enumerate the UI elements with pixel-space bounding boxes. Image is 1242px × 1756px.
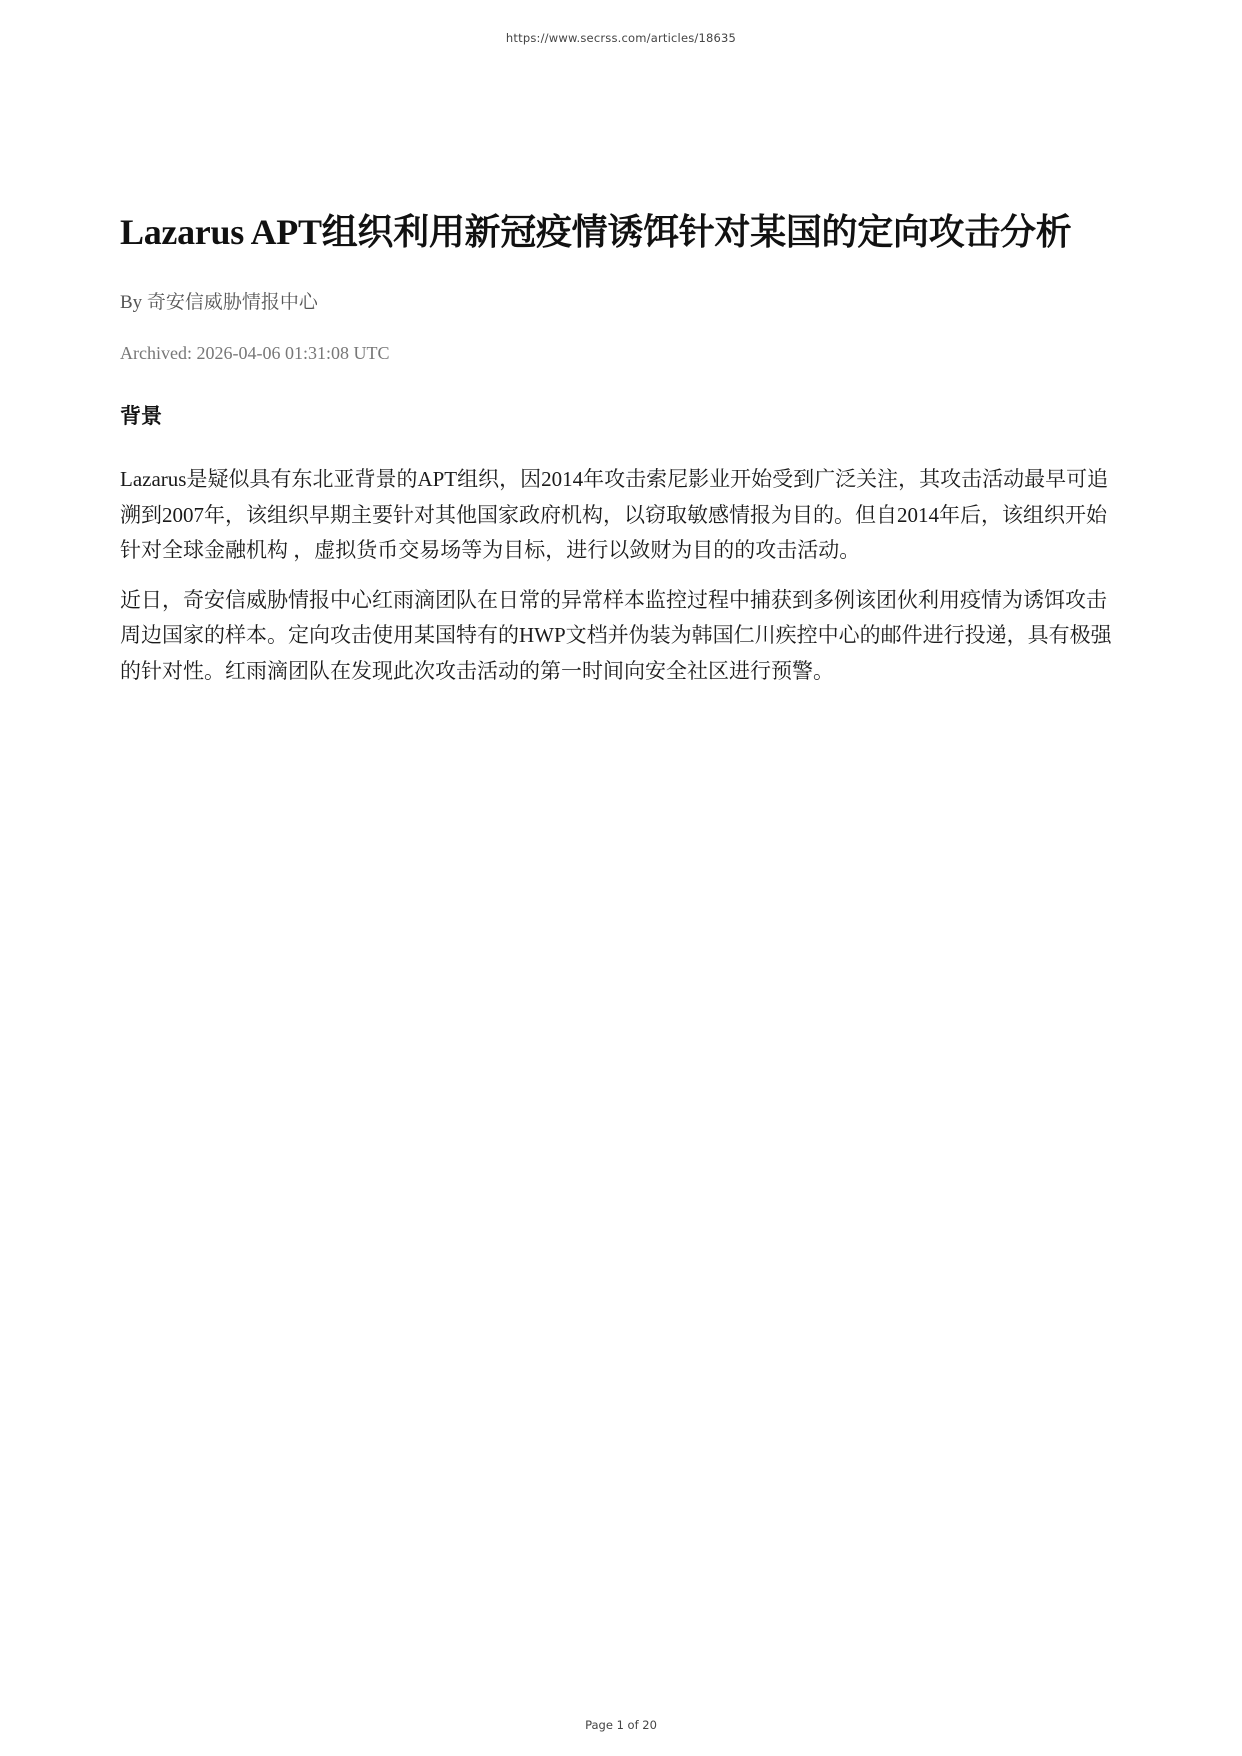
paragraph: Lazarus是疑似具有东北亚背景的APT组织，因2014年攻击索尼影业开始受到… — [120, 462, 1120, 569]
article: Lazarus APT组织利用新冠疫情诱饵针对某国的定向攻击分析 By 奇安信威… — [120, 210, 1120, 689]
page-url-header: https://www.secrss.com/articles/18635 — [0, 31, 1242, 45]
article-byline: By 奇安信威胁情报中心 — [120, 290, 1120, 316]
section-background: 背景 Lazarus是疑似具有东北亚背景的APT组织，因2014年攻击索尼影业开… — [120, 402, 1120, 689]
paragraph: 近日，奇安信威胁情报中心红雨滴团队在日常的异常样本监控过程中捕获到多例该团伙利用… — [120, 583, 1120, 690]
section-heading: 背景 — [120, 402, 1120, 430]
article-title: Lazarus APT组织利用新冠疫情诱饵针对某国的定向攻击分析 — [120, 210, 1120, 254]
page-number: Page 1 of 20 — [0, 1718, 1242, 1732]
archived-timestamp: Archived: 2026-04-06 01:31:08 UTC — [120, 341, 1120, 365]
